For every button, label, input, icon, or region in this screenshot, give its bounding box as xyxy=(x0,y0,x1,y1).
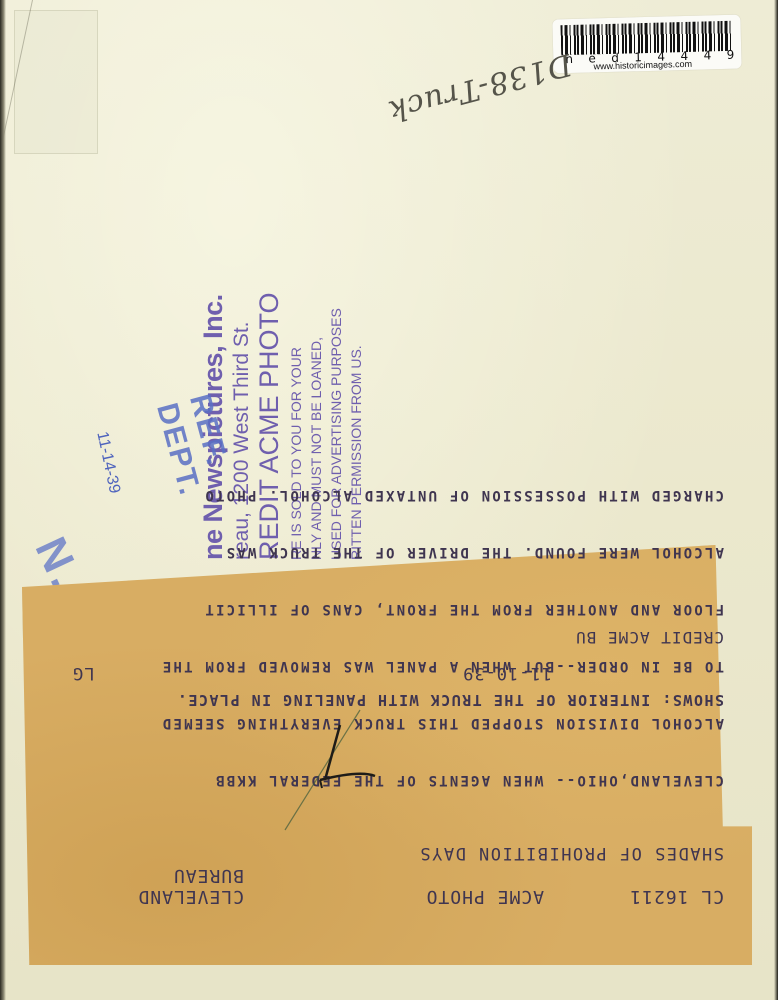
scan-edge-right xyxy=(774,0,778,1000)
caption-line: CLEVELAND,OHIO-- WHEN AGENTS OF THE FEDE… xyxy=(54,770,724,789)
caption-date: 11-10-39 xyxy=(462,663,552,683)
barcode-url: www.historicimages.com xyxy=(593,59,692,72)
caption-shows: SHOWS: INTERIOR OF THE TRUCK WITH PANELI… xyxy=(176,691,724,709)
caption-initials: LG xyxy=(72,663,94,683)
caption-text: CL 16211 ACME PHOTO CLEVELAND BUREAU SHA… xyxy=(22,545,752,965)
faded-label-outline xyxy=(14,10,98,154)
caption-line: CHARGED WITH POSSESSION OF UNTAXED ALCOH… xyxy=(54,485,724,504)
caption-header: CL 16211 ACME PHOTO CLEVELAND BUREAU xyxy=(64,865,724,907)
caption-line: FLOOR AND ANOTHER FROM THE FRONT, CANS O… xyxy=(54,599,724,618)
scan-edge-left xyxy=(0,0,6,1000)
caption-title: SHADES OF PROHIBITION DAYS xyxy=(419,843,724,863)
caption-date-row: 11-10-39 LG xyxy=(72,663,552,683)
caption-line: ALCOHOL WERE FOUND. THE DRIVER OF THE TR… xyxy=(54,542,724,561)
caption-bureau: CLEVELAND BUREAU xyxy=(64,865,294,907)
caption-source: ACME PHOTO xyxy=(294,865,584,907)
caption-line: ALCOHOL DIVISION STOPPED THIS TRUCK EVER… xyxy=(54,713,724,732)
caption-credit: CREDIT ACME BU xyxy=(575,628,724,647)
caption-id: CL 16211 xyxy=(584,865,724,907)
barcode-sticker: n e d 1 4 4 4 9 www.historicimages.com xyxy=(552,15,741,74)
